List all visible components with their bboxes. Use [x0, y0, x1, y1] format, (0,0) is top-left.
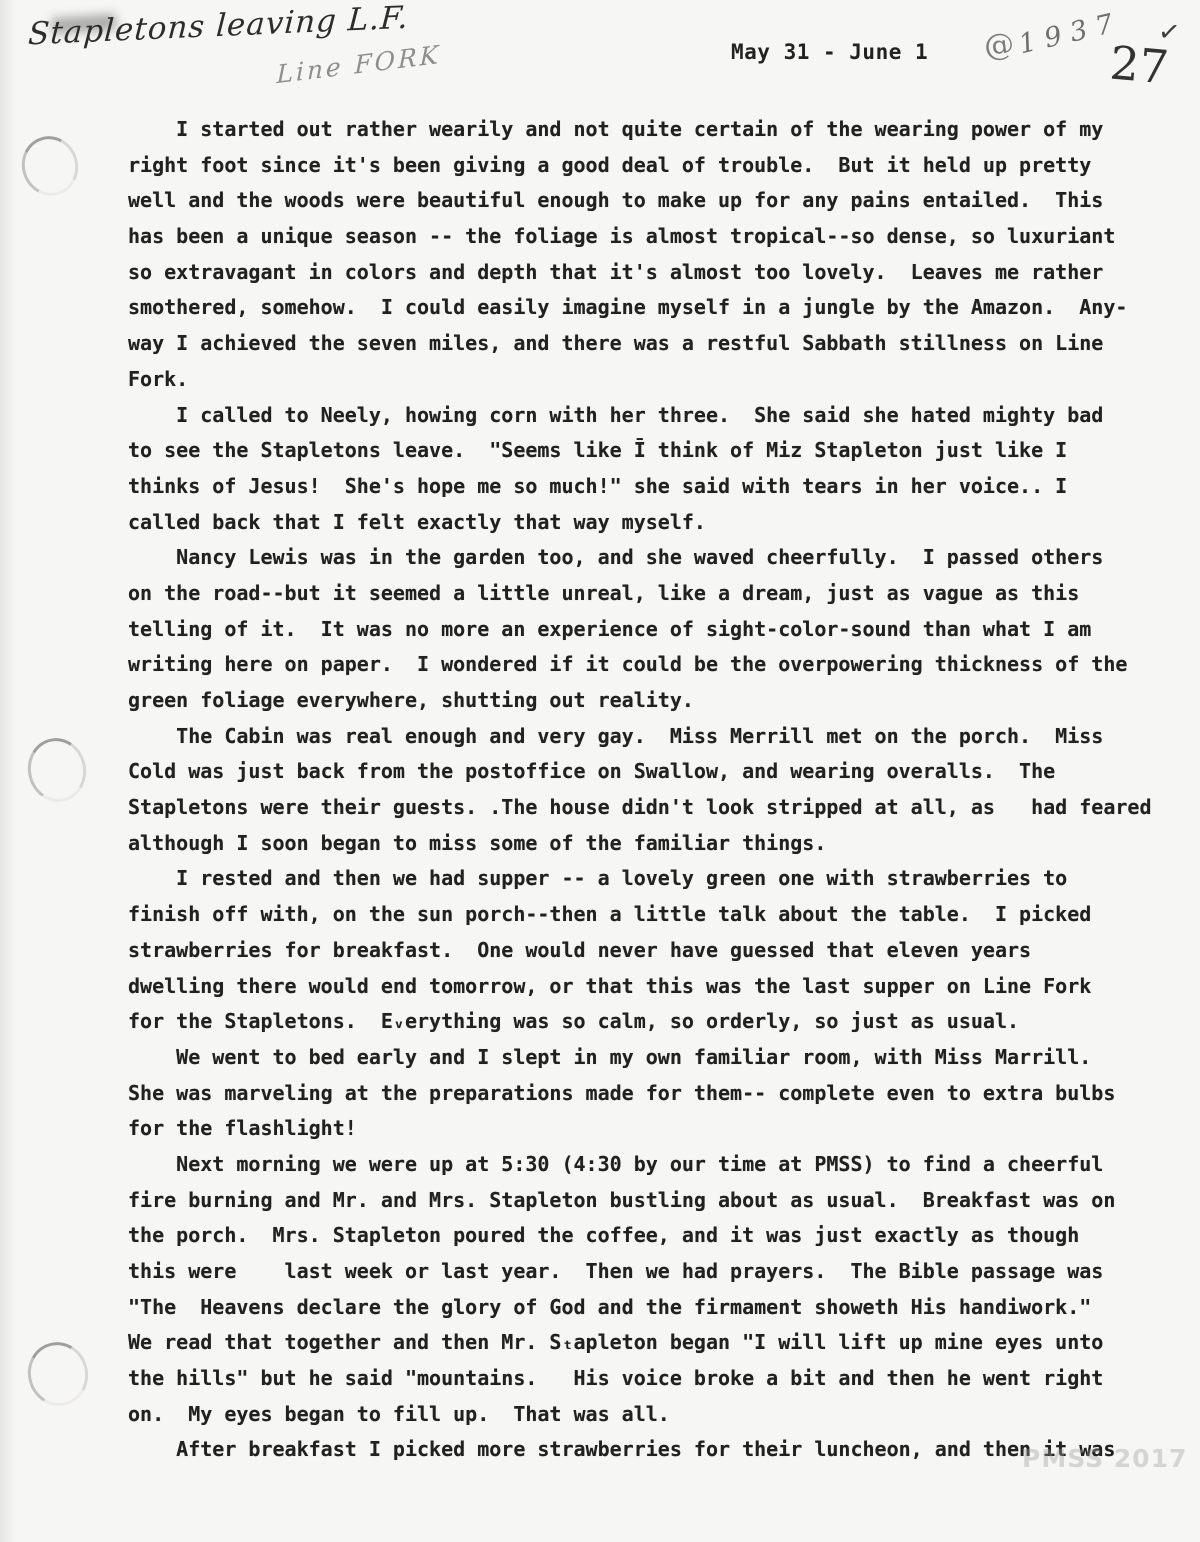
typed-line: I called to Neely, howing corn with her … [128, 398, 1188, 434]
typed-line: Fork. [128, 362, 1188, 398]
typed-line: right foot since it's been giving a good… [128, 148, 1188, 184]
typed-line: has been a unique season -- the foliage … [128, 219, 1188, 255]
typed-line: way I achieved the seven miles, and ther… [128, 326, 1188, 362]
typed-line: the hills" but he said "mountains. His v… [128, 1361, 1188, 1397]
typed-line: to see the Stapletons leave. "Seems like… [128, 433, 1188, 469]
typed-line: called back that I felt exactly that way… [128, 505, 1188, 541]
checkmark-icon: ✓ [1158, 13, 1181, 50]
handwritten-title: Stapletons leaving L.F. [27, 0, 410, 52]
typed-line: telling of it. It was no more an experie… [128, 612, 1188, 648]
typed-line: well and the woods were beautiful enough… [128, 183, 1188, 219]
typed-line: fire burning and Mr. and Mrs. Stapleton … [128, 1183, 1188, 1219]
pencil-note-line-fork: Line FORK [276, 40, 441, 89]
typed-line: dwelling there would end tomorrow, or th… [128, 969, 1188, 1005]
typed-line: "The Heavens declare the glory of God an… [128, 1290, 1188, 1326]
pencil-year: 1937 [1016, 7, 1125, 61]
punch-hole-bottom [21, 1335, 96, 1412]
typed-line: although I soon began to miss some of th… [128, 826, 1188, 862]
typed-line: this were last week or last year. Then w… [128, 1254, 1188, 1290]
punch-hole-middle [22, 733, 92, 808]
date-heading: May 31 - June 1 [731, 40, 928, 64]
typed-line: Nancy Lewis was in the garden too, and s… [128, 540, 1188, 576]
typed-line: Next morning we were up at 5:30 (4:30 by… [128, 1147, 1188, 1183]
typed-line: Cold was just back from the postoffice o… [128, 754, 1188, 790]
typed-line: We read that together and then Mr. Sₜapl… [128, 1325, 1188, 1361]
punch-hole-top [14, 129, 86, 203]
typed-line: I rested and then we had supper -- a lov… [128, 861, 1188, 897]
typed-line: thinks of Jesus! She's hope me so much!"… [128, 469, 1188, 505]
pencil-at-symbol: @ [982, 26, 1017, 65]
typed-line: writing here on paper. I wondered if it … [128, 647, 1188, 683]
typed-line: green foliage everywhere, shutting out r… [128, 683, 1188, 719]
typed-line: on. My eyes began to fill up. That was a… [128, 1397, 1188, 1433]
typed-line: so extravagant in colors and depth that … [128, 255, 1188, 291]
typed-line: smothered, somehow. I could easily imagi… [128, 290, 1188, 326]
watermark: PMSS 2017 [1022, 1444, 1187, 1473]
typed-line: Stapletons were their guests. .The house… [128, 790, 1188, 826]
typed-line: for the flashlight! [128, 1111, 1188, 1147]
typed-line: for the Stapletons. Eᵥerything was so ca… [128, 1004, 1188, 1040]
typed-line: the porch. Mrs. Stapleton poured the cof… [128, 1218, 1188, 1254]
typed-line: We went to bed early and I slept in my o… [128, 1040, 1188, 1076]
typed-line: She was marveling at the preparations ma… [128, 1076, 1188, 1112]
scan-edge-shadow [0, 0, 16, 1542]
typed-line: on the road--but it seemed a little unre… [128, 576, 1188, 612]
typed-line: finish off with, on the sun porch--then … [128, 897, 1188, 933]
scanned-document-page: Stapletons leaving L.F. Line FORK May 31… [0, 0, 1200, 1542]
typed-line: strawberries for breakfast. One would ne… [128, 933, 1188, 969]
typed-line: I started out rather wearily and not qui… [128, 112, 1188, 148]
typed-text-body: I started out rather wearily and not qui… [128, 112, 1188, 1468]
typed-line: The Cabin was real enough and very gay. … [128, 719, 1188, 755]
